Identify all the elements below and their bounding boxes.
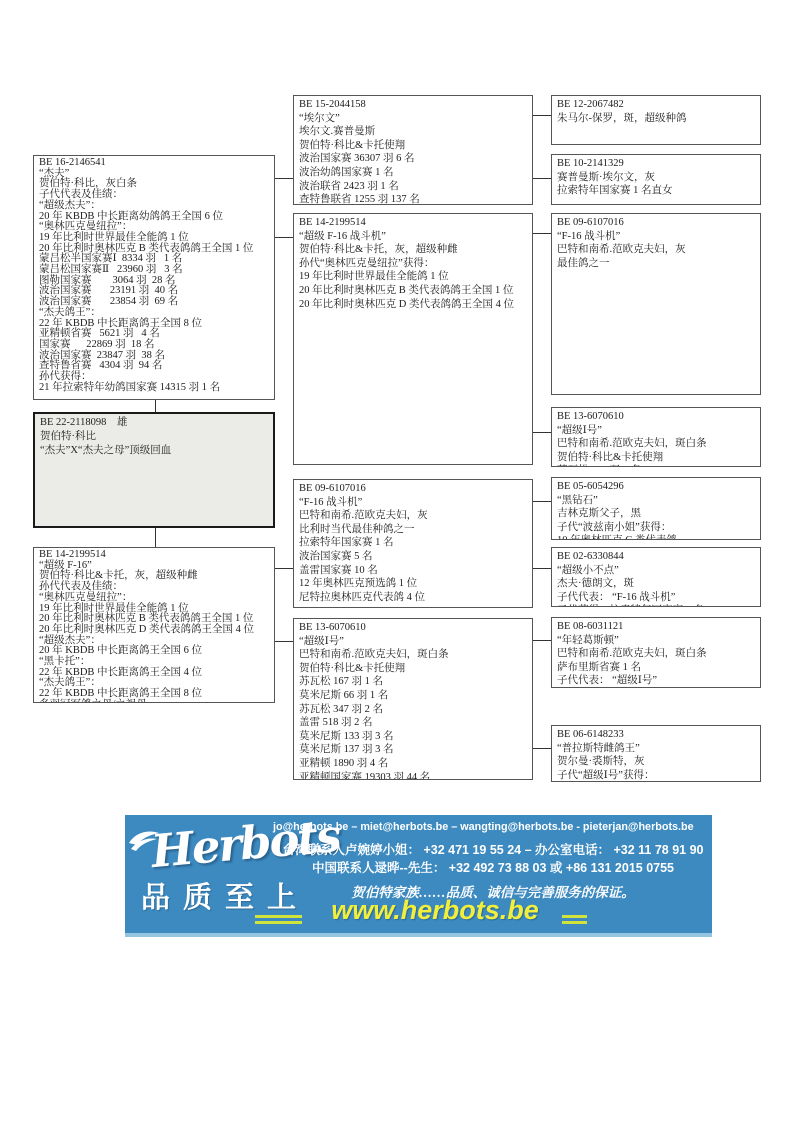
pedigree-text-line: 子代代表： “超级Ⅰ号” [557,674,756,688]
pedigree-text-line: 波治国家赛 36307 羽 6 名 [299,152,528,166]
pedigree-text-line: BE 09-6107016 [299,482,528,496]
pedigree-text-line: “奥林匹克曼纽拉”： [39,593,270,604]
connector-line [533,568,551,569]
pedigree-text-line: 贺伯特·科比&卡托使翔 [299,139,528,153]
pedigree-text-line: 朱马尔-保罗，斑，超级种鸽 [557,112,756,126]
pedigree-text-line: 拉索特年国家赛 1 名直女 [557,184,756,198]
pedigree-text-line: 赛普曼斯·埃尔文，灰 [557,171,756,185]
pedigree-text-line: 拉索特年国家赛 1 名 [299,536,528,550]
website-link[interactable]: www.herbots.be [305,895,565,926]
pedigree-text-line: “超级杰夫”： [39,201,270,212]
connector-line [155,528,156,547]
pedigree-text-line: 子代获得：拉索特年国家赛 1 名 [557,604,756,607]
pedigree-text-line: 巴特和南希.范欧克夫妇，斑白条 [557,647,756,661]
pedigree-text-line: BE 02-6330844 [557,550,756,564]
connector-line [533,115,551,116]
pedigree-text-line: 杰夫·德朗文，斑 [557,577,756,591]
pedigree-box-ggparent-2: BE 10-2141329赛普曼斯·埃尔文，灰拉索特年国家赛 1 名直女 [551,154,761,205]
pedigree-text-line: BE 13-6070610 [557,410,756,424]
pedigree-text-line: BE 16-2146541 [39,158,270,169]
pedigree-text-line: 比利时当代最佳种鸽之一 [299,523,528,537]
pedigree-text-line: “F-16 战斗机” [299,496,528,510]
connector-line [275,237,293,238]
pedigree-box-ggparent-1: BE 12-2067482朱马尔-保罗，斑，超级种鸽 [551,95,761,145]
pedigree-text-line: 20 年比利时奥林匹克 D 类代表鸽鸽王全国 4 位 [299,298,528,312]
connector-line [533,233,551,234]
pedigree-page: BE 16-2146541“杰夫”贺伯特·科比，灰白条子代代表及佳绩：“超级杰夫… [0,0,793,1122]
pedigree-text-line: 波治幼鸽国家赛 1 名 [299,166,528,180]
pedigree-text-line: 巴特和南希.范欧克夫妇，斑白条 [299,648,528,662]
pedigree-text-line: 巴特和南希.范欧克夫妇，灰 [557,243,756,257]
pedigree-text-line: BE 14-2199514 [299,216,528,230]
decorative-rule [255,915,302,924]
pedigree-text-line: 12 年奥林匹克预选鸽 1 位 [299,577,528,591]
pedigree-text-line: 亚精顿国家赛 19303 羽 44 名 [299,771,528,780]
pedigree-box-grandsire-maternal: BE 09-6107016“F-16 战斗机”巴特和南希.范欧克夫妇，灰比利时当… [293,479,533,608]
connector-line [533,432,551,433]
taiwan-contact-line: 台湾联系人卢婉婷小姐： +32 471 19 55 24 – 办公室电话： +3… [273,840,713,858]
pedigree-box-ggparent-3: BE 09-6107016“F-16 战斗机”巴特和南希.范欧克夫妇，灰最佳鸽之… [551,213,761,395]
pedigree-text-line: “杰夫鸽王”： [39,308,270,319]
pedigree-text-line: BE 05-6054296 [557,480,756,494]
pedigree-box-granddam-maternal: BE 13-6070610“超级Ⅰ号”巴特和南希.范欧克夫妇，斑白条贺伯特·科比… [293,618,533,780]
pedigree-text-line: BE 10-2141329 [557,157,756,171]
pedigree-box-mother: BE 14-2199514“超级 F-16”贺伯特·科比&卡托，灰，超级种雌孙代… [33,547,275,703]
connector-line [275,568,293,569]
pedigree-box-ggparent-7: BE 08-6031121“年轻葛斯顿”巴特和南希.范欧克夫妇，斑白条萨布里斯省… [551,617,761,688]
pedigree-box-father: BE 16-2146541“杰夫”贺伯特·科比，灰白条子代代表及佳绩：“超级杰夫… [33,155,275,400]
pedigree-text-line: 贺尔曼·裘斯特，灰 [557,755,756,769]
pedigree-text-line: 吉林克斯父子，黑 [557,507,756,521]
pedigree-text-line: 贺伯特·科比 [40,430,269,444]
pedigree-text-line: 孙代“奥林匹克曼纽拉”获得： [299,257,528,271]
pedigree-box-ggparent-6: BE 02-6330844“超级小不点”杰夫·德朗文，斑子代代表： “F-16 … [551,547,761,607]
pedigree-text-line: 最佳鸽之一 [557,257,756,271]
pedigree-text-line: “年轻葛斯顿” [557,634,756,648]
pedigree-text-line: 子代“波兹南小姐”获得： [557,521,756,535]
pedigree-text-line: BE 22-2118098 雄 [40,416,269,430]
connector-line [533,501,551,502]
pedigree-text-line: 萨布里斯省赛 1 名 [557,661,756,675]
pedigree-text-line: 苏瓦松 347 羽 2 名 [299,703,528,717]
pedigree-text-line: 贺伯特·科比&卡托，灰，超级种雌 [299,243,528,257]
pedigree-text-line: 盖雷国家赛 10 名 [299,564,528,578]
pedigree-text-line: 10 年奥林匹克 C 类代表鸽 [557,534,756,540]
pedigree-text-line: “超级Ⅰ号” [299,635,528,649]
pedigree-text-line: 苏瓦松 167 羽 1 名 [557,464,756,467]
pedigree-text-line: 巴特和南希.范欧克夫妇，斑白条 [557,437,756,451]
email-links[interactable]: jo@herbots.be – miet@herbots.be – wangti… [273,821,713,833]
pedigree-text-line: 莫米尼斯 133 羽 3 名 [299,730,528,744]
pedigree-text-line: 巴特和南希.范欧克夫妇，灰 [299,509,528,523]
pedigree-text-line: “杰夫”X“杰夫之母”顶级回血 [40,444,269,458]
pedigree-text-line: “黑钻石” [557,494,756,508]
pedigree-text-line: BE 13-6070610 [299,621,528,635]
pedigree-text-line: BE 09-6107016 [557,216,756,230]
pedigree-text-line: 多羽冠军鸽之母/之祖母 [39,700,270,703]
pedigree-text-line: 子代“超级Ⅰ号”获得： [557,769,756,782]
pedigree-text-line: 埃尔文.赛普曼斯 [299,125,528,139]
pedigree-text-line: “埃尔文” [299,112,528,126]
pedigree-text-line: 盖雷 518 羽 2 名 [299,716,528,730]
pedigree-text-line: 贺伯特·科比&卡托使翔 [557,451,756,465]
decorative-rule [562,915,587,924]
pedigree-box-subject: BE 22-2118098 雄贺伯特·科比“杰夫”X“杰夫之母”顶级回血 [33,412,275,528]
connector-line [533,178,551,179]
pedigree-text-line: BE 12-2067482 [557,98,756,112]
pedigree-text-line: 波治国家赛 5 名 [299,550,528,564]
pedigree-text-line: “超级 F-16 战斗机” [299,230,528,244]
pedigree-text-line: 尼特拉奥林匹克代表鸽 4 位 [299,591,528,605]
pedigree-box-grandsire-paternal: BE 15-2044158“埃尔文”埃尔文.赛普曼斯贺伯特·科比&卡托使翔波治国… [293,95,533,205]
pedigree-text-line: 苏瓦松 167 羽 1 名 [299,675,528,689]
pedigree-text-line: 莫米尼斯 66 羽 1 名 [299,689,528,703]
pedigree-text-line: 20 年比利时奥林匹克 B 类代表鸽鸽王全国 1 位 [299,284,528,298]
pedigree-text-line: 波治联省 2423 羽 1 名 [299,180,528,194]
pedigree-box-ggparent-4: BE 13-6070610“超级Ⅰ号”巴特和南希.范欧克夫妇，斑白条贺伯特·科比… [551,407,761,467]
pedigree-text-line: 21 年拉索特年幼鸽国家赛 14315 羽 1 名 [39,383,270,394]
pedigree-text-line: “普拉斯特雌鸽王” [557,742,756,756]
connector-line [275,178,293,179]
pedigree-box-ggparent-5: BE 05-6054296“黑钻石”吉林克斯父子，黑子代“波兹南小姐”获得：10… [551,477,761,540]
pedigree-text-line: BE 15-2044158 [299,98,528,112]
pedigree-text-line: 子代代表： “F-16 战斗机” [557,591,756,605]
pedigree-text-line: 19 年比利时世界最佳全能鸽 1 位 [299,270,528,284]
pedigree-text-line: 亚精顿 1890 羽 4 名 [299,757,528,771]
pedigree-text-line: BE 06-6148233 [557,728,756,742]
pedigree-text-line: 莫米尼斯 137 羽 3 名 [299,743,528,757]
connector-line [155,400,156,412]
connector-line [275,641,293,642]
pedigree-box-granddam-paternal: BE 14-2199514“超级 F-16 战斗机”贺伯特·科比&卡托，灰，超级… [293,213,533,465]
china-contact-line: 中国联系人逯晔--先生： +32 492 73 88 03 或 +86 131 … [273,858,713,876]
pedigree-text-line: “超级小不点” [557,564,756,578]
pedigree-text-line: 贺伯特·科比&卡托使翔 [299,662,528,676]
pedigree-text-line: “F-16 战斗机” [557,230,756,244]
pedigree-box-ggparent-8: BE 06-6148233“普拉斯特雌鸽王”贺尔曼·裘斯特，灰子代“超级Ⅰ号”获… [551,725,761,782]
connector-line [533,748,551,749]
pedigree-text-line: 查特鲁联省 1255 羽 137 名 [299,193,528,205]
connector-line [533,640,551,641]
pedigree-text-line: “超级Ⅰ号” [557,424,756,438]
pedigree-text-line: BE 08-6031121 [557,620,756,634]
herbots-banner: Herbots 品质至上 jo@herbots.be – miet@herbot… [125,815,712,937]
